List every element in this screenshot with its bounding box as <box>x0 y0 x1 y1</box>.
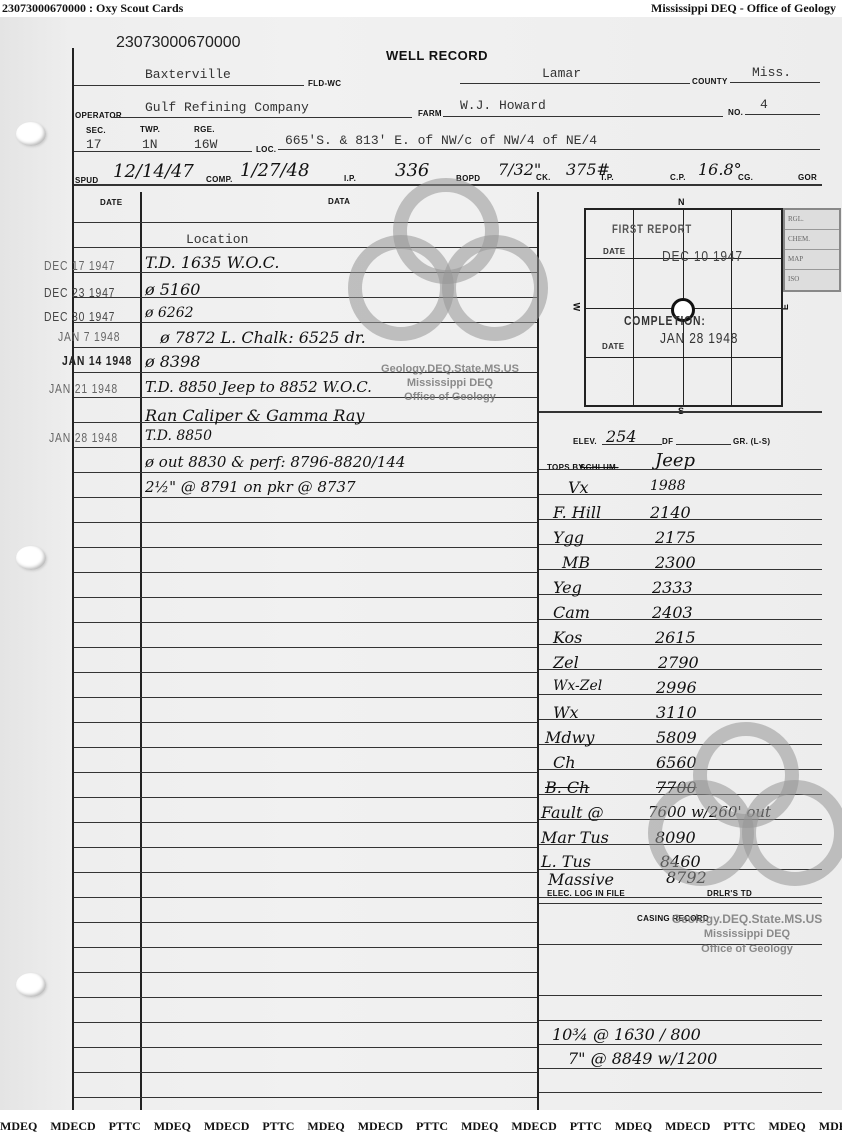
watermark-2-line3: Office of Geology <box>652 943 842 955</box>
top-name-2: Ygg <box>553 528 584 547</box>
cp-label: C.P. <box>670 173 686 182</box>
log-row-6-date: JAN 21 1948 <box>49 381 118 396</box>
first-report-stamp: FIRST REPORT <box>612 222 692 236</box>
footer-item: PTTC <box>723 1119 755 1133</box>
county-label: COUNTY <box>692 77 728 86</box>
watermark-line1: Geology.DEQ.State.MS.US <box>350 363 550 375</box>
tp-label: T.P. <box>600 173 614 182</box>
operator-label: OPERATOR <box>75 111 122 120</box>
checkbox-map: MAP <box>785 250 839 270</box>
county-value: Lamar <box>542 66 581 81</box>
footer-item: PTTC <box>262 1119 294 1133</box>
log-row-4-date: JAN 7 1948 <box>58 329 120 344</box>
checkbox-iso: ISO <box>785 270 839 289</box>
footer-item: MDEQ <box>768 1119 805 1133</box>
farm-label: FARM <box>418 109 442 118</box>
loc-value: 665'S. & 813' E. of NW/c of NW/4 of NE/4 <box>285 133 597 148</box>
top-name-10: Mdwy <box>545 728 594 747</box>
footer-item: MDEQ <box>615 1119 652 1133</box>
watermark-line3: Office of Geology <box>350 391 550 403</box>
punch-hole <box>16 122 46 146</box>
top-name-16: Massive <box>548 870 614 889</box>
footer-item: MDECD <box>665 1119 710 1133</box>
footer-item: PTTC <box>416 1119 448 1133</box>
ck-value: 7/32" <box>498 160 541 179</box>
footer-item: MDEQ <box>461 1119 498 1133</box>
farm-value: W.J. Howard <box>460 98 546 113</box>
top-name-12: B. Ch <box>545 778 589 797</box>
top-name-5: Cam <box>553 603 590 622</box>
top-name-7: Zel <box>553 653 579 672</box>
ip-value: 336 <box>395 160 429 181</box>
top-depth-8: 2996 <box>656 678 697 697</box>
first-report-date: DEC 10 1947 <box>662 248 743 265</box>
top-name-4: Yeg <box>553 578 582 597</box>
top-name-0: Vx <box>568 478 589 497</box>
gr-label: GR. (L-S) <box>733 437 770 446</box>
margin-line <box>72 48 74 1110</box>
log-row-5-data: ø 8398 <box>145 352 200 371</box>
footer-agency-strip: MDEQ MDECD PTTC MDEQ MDECD PTTC MDEQ MDE… <box>0 1119 842 1134</box>
watermark-2-line2: Mississippi DEQ <box>652 928 842 940</box>
top-name-9: Wx <box>553 703 578 722</box>
log-row-8-date: JAN 28 1948 <box>49 430 118 445</box>
no-label: NO. <box>728 108 743 117</box>
data-header: DATA <box>328 197 350 206</box>
api-number: 23073000670000 <box>116 34 241 52</box>
footer-item: MDECD <box>204 1119 249 1133</box>
casing-row-0: 10¾ @ 1630 / 800 <box>552 1025 701 1044</box>
top-name-6: Kos <box>553 628 582 647</box>
footer-item: PTTC <box>109 1119 141 1133</box>
gor-label: GOR <box>798 173 817 182</box>
completion-date: JAN 28 1948 <box>660 330 738 347</box>
top-name-1: F. Hill <box>553 503 601 522</box>
top-depth-11: 6560 <box>656 753 697 772</box>
log-row-3-date: DEC 30 1947 <box>44 309 115 324</box>
card-title: WELL RECORD <box>386 48 488 63</box>
log-row-5-date: JAN 14 1948 <box>62 353 132 368</box>
top-depth-7: 2790 <box>658 653 699 672</box>
tops-by-label: TOPS BY <box>547 463 584 472</box>
checkbox-chem: CHEM. <box>785 230 839 250</box>
top-depth-10: 5809 <box>656 728 697 747</box>
footer-item: MDECD <box>511 1119 556 1133</box>
top-depth-0: 1988 <box>650 478 686 494</box>
top-depth-9: 3110 <box>656 703 697 722</box>
tops-by-struck: SCHLUM. <box>580 463 619 472</box>
watermark-2-line1: Geology.DEQ.State.MS.US <box>652 912 842 926</box>
footer-item: MDEQ <box>0 1119 37 1133</box>
top-depth-1: 2140 <box>650 503 691 522</box>
twp-value: 1N <box>142 137 158 152</box>
twp-label: TWP. <box>140 125 160 134</box>
cg-value: 16.8° <box>698 160 742 179</box>
tops-by-value: Jeep <box>655 450 695 471</box>
log-row-3-data: ø 6262 <box>145 305 194 321</box>
log-row-8-data: T.D. 8850 <box>145 428 212 444</box>
right-panel-divider <box>537 192 539 1110</box>
spud-value: 12/14/47 <box>113 161 194 182</box>
comp-value: 1/27/48 <box>240 160 309 181</box>
review-checkbox-stamp: RGL. CHEM. MAP ISO <box>783 208 841 292</box>
drlr-td-label: DRLR'S TD <box>707 889 752 898</box>
checkbox-rgl: RGL. <box>785 210 839 230</box>
ck-label: CK. <box>536 173 551 182</box>
operator-value: Gulf Refining Company <box>145 100 309 115</box>
date-header: DATE <box>100 198 122 207</box>
completion-stamp: COMPLETION: <box>624 313 706 328</box>
elev-label: ELEV. <box>573 437 597 446</box>
ip-label: I.P. <box>344 174 356 183</box>
log-row-7-data: Ran Caliper & Gamma Ray <box>145 406 364 425</box>
page-header: 23073000670000 : Oxy Scout Cards Mississ… <box>0 0 842 17</box>
log-row-9-data: ø out 8830 & perf: 8796-8820/144 <box>145 453 405 471</box>
cg-label: CG. <box>738 173 753 182</box>
state-value: Miss. <box>752 65 791 80</box>
top-name-15: L. Tus <box>541 852 591 871</box>
first-report-date-label: DATE <box>603 247 625 256</box>
top-depth-3: 2300 <box>655 553 696 572</box>
field-label: FLD-WC <box>308 79 341 88</box>
no-value: 4 <box>760 97 768 112</box>
log-row-10-data: 2½" @ 8791 on pkr @ 8737 <box>145 478 356 496</box>
log-row-4-data: ø 7872 L. Chalk: 6525 dr. <box>160 328 366 347</box>
casing-row-1: 7" @ 8849 w/1200 <box>568 1049 717 1068</box>
watermark-line2: Mississippi DEQ <box>350 377 550 389</box>
footer-item: PTTC <box>570 1119 602 1133</box>
header-left-title: 23073000670000 : Oxy Scout Cards <box>2 0 183 17</box>
log-row-1-data: T.D. 1635 W.O.C. <box>145 253 279 272</box>
header-right-title: Mississippi DEQ - Office of Geology <box>651 0 836 17</box>
sec-value: 17 <box>86 137 102 152</box>
rge-value: 16W <box>194 137 217 152</box>
top-depth-6: 2615 <box>655 628 696 647</box>
map-north: N <box>678 197 685 207</box>
footer-item: MDECD <box>819 1119 842 1133</box>
footer-item: MDECD <box>358 1119 403 1133</box>
top-depth-5: 2403 <box>652 603 693 622</box>
top-name-8: Wx-Zel <box>553 678 602 694</box>
punch-hole <box>16 546 46 570</box>
footer-item: MDEQ <box>307 1119 344 1133</box>
log-row-0-data: Location <box>186 232 248 247</box>
top-depth-2: 2175 <box>655 528 696 547</box>
top-name-3: MB <box>562 553 590 572</box>
footer-item: MDEQ <box>154 1119 191 1133</box>
top-depth-4: 2333 <box>652 578 693 597</box>
footer-item: MDECD <box>50 1119 95 1133</box>
loc-label: LOC. <box>256 145 276 154</box>
top-name-11: Ch <box>553 753 576 772</box>
log-row-6-data: T.D. 8850 Jeep to 8852 W.O.C. <box>145 378 372 396</box>
top-name-13: Fault @ <box>541 803 604 822</box>
log-row-2-data: ø 5160 <box>145 280 200 299</box>
top-name-14: Mar Tus <box>541 828 609 847</box>
log-row-2-date: DEC 23 1947 <box>44 285 115 300</box>
comp-label: COMP. <box>206 175 233 184</box>
sec-label: SEC. <box>86 126 106 135</box>
punch-hole <box>16 973 46 997</box>
completion-date-label: DATE <box>602 342 624 351</box>
field-value: Baxterville <box>145 67 231 82</box>
rge-label: RGE. <box>194 125 215 134</box>
map-west: W <box>571 303 581 312</box>
df-label: DF <box>662 437 673 446</box>
location-plat-map: FIRST REPORT DATE DEC 10 1947 COMPLETION… <box>584 208 783 407</box>
elec-log-label: ELEC. LOG IN FILE <box>547 889 625 898</box>
log-row-1-date: DEC 17 1947 <box>44 258 115 273</box>
